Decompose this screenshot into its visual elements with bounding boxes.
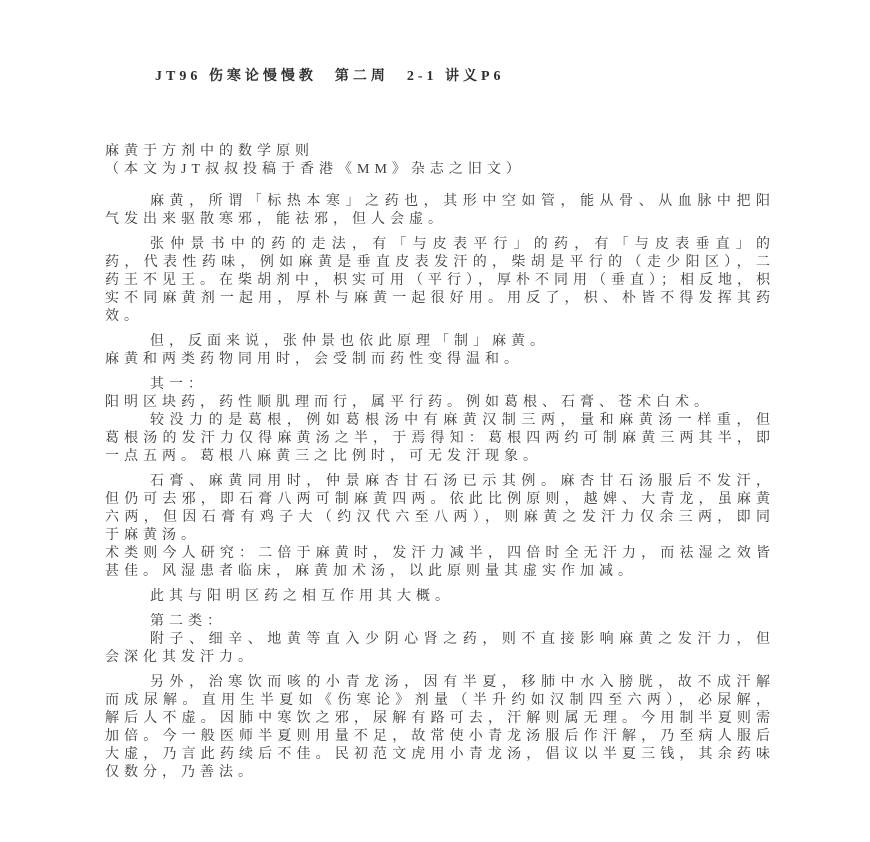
paragraph: 另外，治寒饮而咳的小青龙汤，因有半夏，移肺中水入膀胱，故不成汗解而成尿解。直用生… bbox=[105, 674, 775, 782]
document-page: JT96 伤寒论慢慢教 第二周 2-1 讲义P6 麻黄于方剂中的数学原则（本文为… bbox=[0, 0, 870, 842]
paragraph: 麻黄于方剂中的数学原则 bbox=[105, 143, 775, 161]
document-body: 麻黄于方剂中的数学原则（本文为JT叔叔投稿于香港《MM》杂志之旧文）麻黄，所谓「… bbox=[105, 143, 775, 782]
paragraph: 此其与阳明区药之相互作用其大概。 bbox=[105, 588, 775, 606]
paragraph: 术类则今人研究：二倍于麻黄时，发汗力减半，四倍时全无汗力，而祛湿之效皆甚佳。风湿… bbox=[105, 545, 775, 581]
paragraph: 较没力的是葛根，例如葛根汤中有麻黄汉制三两，量和麻黄汤一样重，但葛根汤的发汗力仅… bbox=[105, 412, 775, 466]
paragraph: （本文为JT叔叔投稿于香港《MM》杂志之旧文） bbox=[105, 161, 775, 179]
paragraph: 第二类： bbox=[105, 613, 775, 631]
paragraph: 阳明区块药，药性顺肌理而行，属平行药。例如葛根、石膏、苍术白术。 bbox=[105, 394, 775, 412]
paragraph: 麻黄，所谓「标热本寒」之药也，其形中空如管，能从骨、从血脉中把阳气发出来驱散寒邪… bbox=[105, 193, 775, 229]
paragraph: 其一： bbox=[105, 376, 775, 394]
paragraph: 石膏、麻黄同用时，仲景麻杏甘石汤已示其例。麻杏甘石汤服后不发汗，但仍可去邪，即石… bbox=[105, 473, 775, 545]
paragraph: 麻黄和两类药物同用时，会受制而药性变得温和。 bbox=[105, 351, 775, 369]
paragraph: 附子、细辛、地黄等直入少阴心肾之药，则不直接影响麻黄之发汗力，但会深化其发汗力。 bbox=[105, 631, 775, 667]
paragraph: 但，反面来说，张仲景也依此原理「制」麻黄。 bbox=[105, 333, 775, 351]
paragraph: 张仲景书中的药的走法，有「与皮表平行」的药，有「与皮表垂直」的药，代表性药味，例… bbox=[105, 236, 775, 326]
document-header-title: JT96 伤寒论慢慢教 第二周 2-1 讲义P6 bbox=[155, 68, 775, 86]
